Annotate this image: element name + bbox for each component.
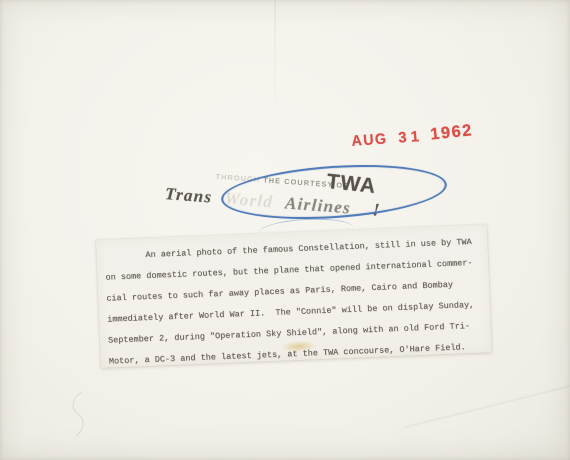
paper-crease-diagonal	[403, 373, 570, 428]
date-stamp-day: 31	[398, 128, 424, 147]
date-stamp-year: 1962	[430, 121, 474, 144]
blue-pen-oval	[220, 159, 449, 226]
yellow-stain	[281, 340, 318, 353]
faint-pencil-squiggle	[58, 388, 100, 440]
courtesy-stamp-word-trans: Trans	[164, 184, 213, 207]
date-stamp: AUG 31 1962	[350, 123, 474, 151]
paper-crease-vertical	[274, 0, 276, 120]
photo-back-paper: AUG 31 1962 THROUGH THE COURTESY OF TWA …	[0, 0, 570, 460]
date-stamp-month: AUG	[351, 130, 388, 149]
